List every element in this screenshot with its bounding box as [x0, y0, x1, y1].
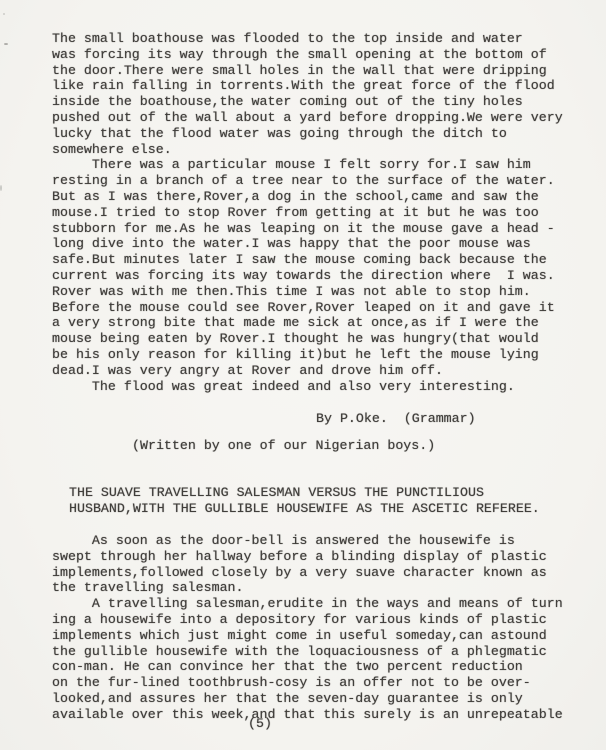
- text-line: As soon as the door-bell is answered the…: [52, 533, 563, 549]
- text-line: There was a particular mouse I felt sorr…: [52, 157, 563, 173]
- text-line: the gullible housewife with the loquacio…: [52, 644, 563, 660]
- text-line: like rain falling in torrents.With the g…: [52, 78, 563, 94]
- text-line: implements which just might come in usef…: [52, 628, 563, 644]
- text-line: mouse.I tried to stop Rover from getting…: [52, 205, 563, 221]
- text-line: inside the boathouse,the water coming ou…: [52, 94, 563, 110]
- page-number: (5): [248, 716, 272, 732]
- text-line: con-man. He can convince her that the tw…: [52, 659, 563, 675]
- ink-speck: [0, 185, 2, 191]
- text-line: current was forcing its way towards the …: [52, 268, 563, 284]
- flood-essay-body: The small boathouse was flooded to the t…: [52, 31, 563, 394]
- text-line: pushed out of the wall about a yard befo…: [52, 110, 563, 126]
- text-line: was forcing its way through the small op…: [52, 47, 563, 63]
- text-line: the travelling salesman.: [52, 580, 563, 596]
- text-line: mouse being eaten by Rover.I thought he …: [52, 331, 563, 347]
- flood-essay-byline: By P.Oke. (Grammar): [316, 411, 476, 427]
- text-line: ing a housewife into a depository for va…: [52, 612, 563, 628]
- text-line: But as I was there,Rover,a dog in the sc…: [52, 189, 563, 205]
- text-line: Rover was with me then.This time I was n…: [52, 284, 563, 300]
- text-line: long dive into the water.I was happy tha…: [52, 236, 563, 252]
- text-line: HUSBAND,WITH THE GULLIBLE HOUSEWIFE AS T…: [69, 501, 540, 517]
- text-line: swept through her hallway before a blind…: [52, 549, 563, 565]
- text-line: looked,and assures her that the seven-da…: [52, 691, 563, 707]
- typewritten-page: The small boathouse was flooded to the t…: [0, 0, 606, 750]
- text-line: resting in a branch of a tree near to th…: [52, 173, 563, 189]
- text-line: lucky that the flood water was going thr…: [52, 126, 563, 142]
- text-line: The flood was great indeed and also very…: [52, 379, 563, 395]
- text-line: Before the mouse could see Rover,Rover l…: [52, 300, 563, 316]
- text-line: THE SUAVE TRAVELLING SALESMAN VERSUS THE…: [69, 485, 540, 501]
- flood-essay-attribution: (Written by one of our Nigerian boys.): [132, 438, 435, 454]
- ink-speck: [3, 13, 5, 15]
- text-line: a very strong bite that made me sick at …: [52, 315, 563, 331]
- text-line: on the fur-lined toothbrush-cosy is an o…: [52, 675, 563, 691]
- ink-speck: [4, 43, 8, 45]
- text-line: implements,followed closely by a very su…: [52, 565, 563, 581]
- text-line: A travelling salesman,erudite in the way…: [52, 596, 563, 612]
- text-line: stubborn for me.As he was leaping on it …: [52, 221, 563, 237]
- text-line: somewhere else.: [52, 142, 563, 158]
- text-line: dead.I was very angry at Rover and drove…: [52, 363, 563, 379]
- text-line: be his only reason for killing it)but he…: [52, 347, 563, 363]
- salesman-essay-body: As soon as the door-bell is answered the…: [52, 533, 563, 723]
- text-line: available over this week,and that this s…: [52, 707, 563, 723]
- salesman-essay-title: THE SUAVE TRAVELLING SALESMAN VERSUS THE…: [69, 485, 540, 517]
- text-line: the door.There were small holes in the w…: [52, 63, 563, 79]
- text-line: safe.But minutes later I saw the mouse c…: [52, 252, 563, 268]
- text-line: The small boathouse was flooded to the t…: [52, 31, 563, 47]
